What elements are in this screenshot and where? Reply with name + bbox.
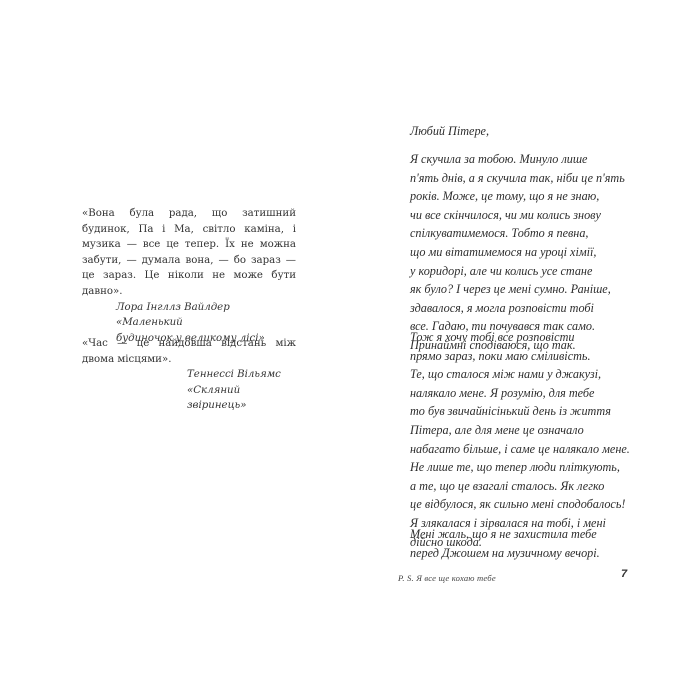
epigraph: «Час — це найдовша відстань між двома мі… bbox=[82, 336, 296, 414]
letter-paragraph: Тож я хочу тобі все розповісти прямо зар… bbox=[410, 328, 660, 551]
left-page: «Вона була рада, що затишний будинок, Па… bbox=[0, 0, 350, 700]
letter-salutation: Любий Пітере, bbox=[410, 122, 660, 141]
letter-paragraph: Мені жаль, що я не захистила тебе перед … bbox=[410, 525, 660, 562]
epigraph: «Вона була рада, що затишний будинок, Па… bbox=[82, 206, 296, 346]
page-number: 7 bbox=[621, 568, 627, 580]
epigraph-quote: «Вона була рада, що затишний будинок, Па… bbox=[82, 206, 296, 300]
letter-paragraph: Я скучила за тобою. Минуло лише п'ять дн… bbox=[410, 150, 660, 355]
epigraph-attribution: Теннессі Вільямс bbox=[82, 367, 296, 383]
epigraph-attribution: Лора Інгллз Вайлдер «Маленький bbox=[82, 300, 296, 331]
epigraph-attribution-source: «Скляний звіринець» bbox=[82, 383, 296, 414]
right-page: Любий Пітере, Я скучила за тобою. Минуло… bbox=[350, 0, 700, 700]
running-footer: P. S. Я все ще кохаю тебе bbox=[398, 573, 496, 583]
epigraph-quote: «Час — це найдовша відстань між двома мі… bbox=[82, 336, 296, 367]
